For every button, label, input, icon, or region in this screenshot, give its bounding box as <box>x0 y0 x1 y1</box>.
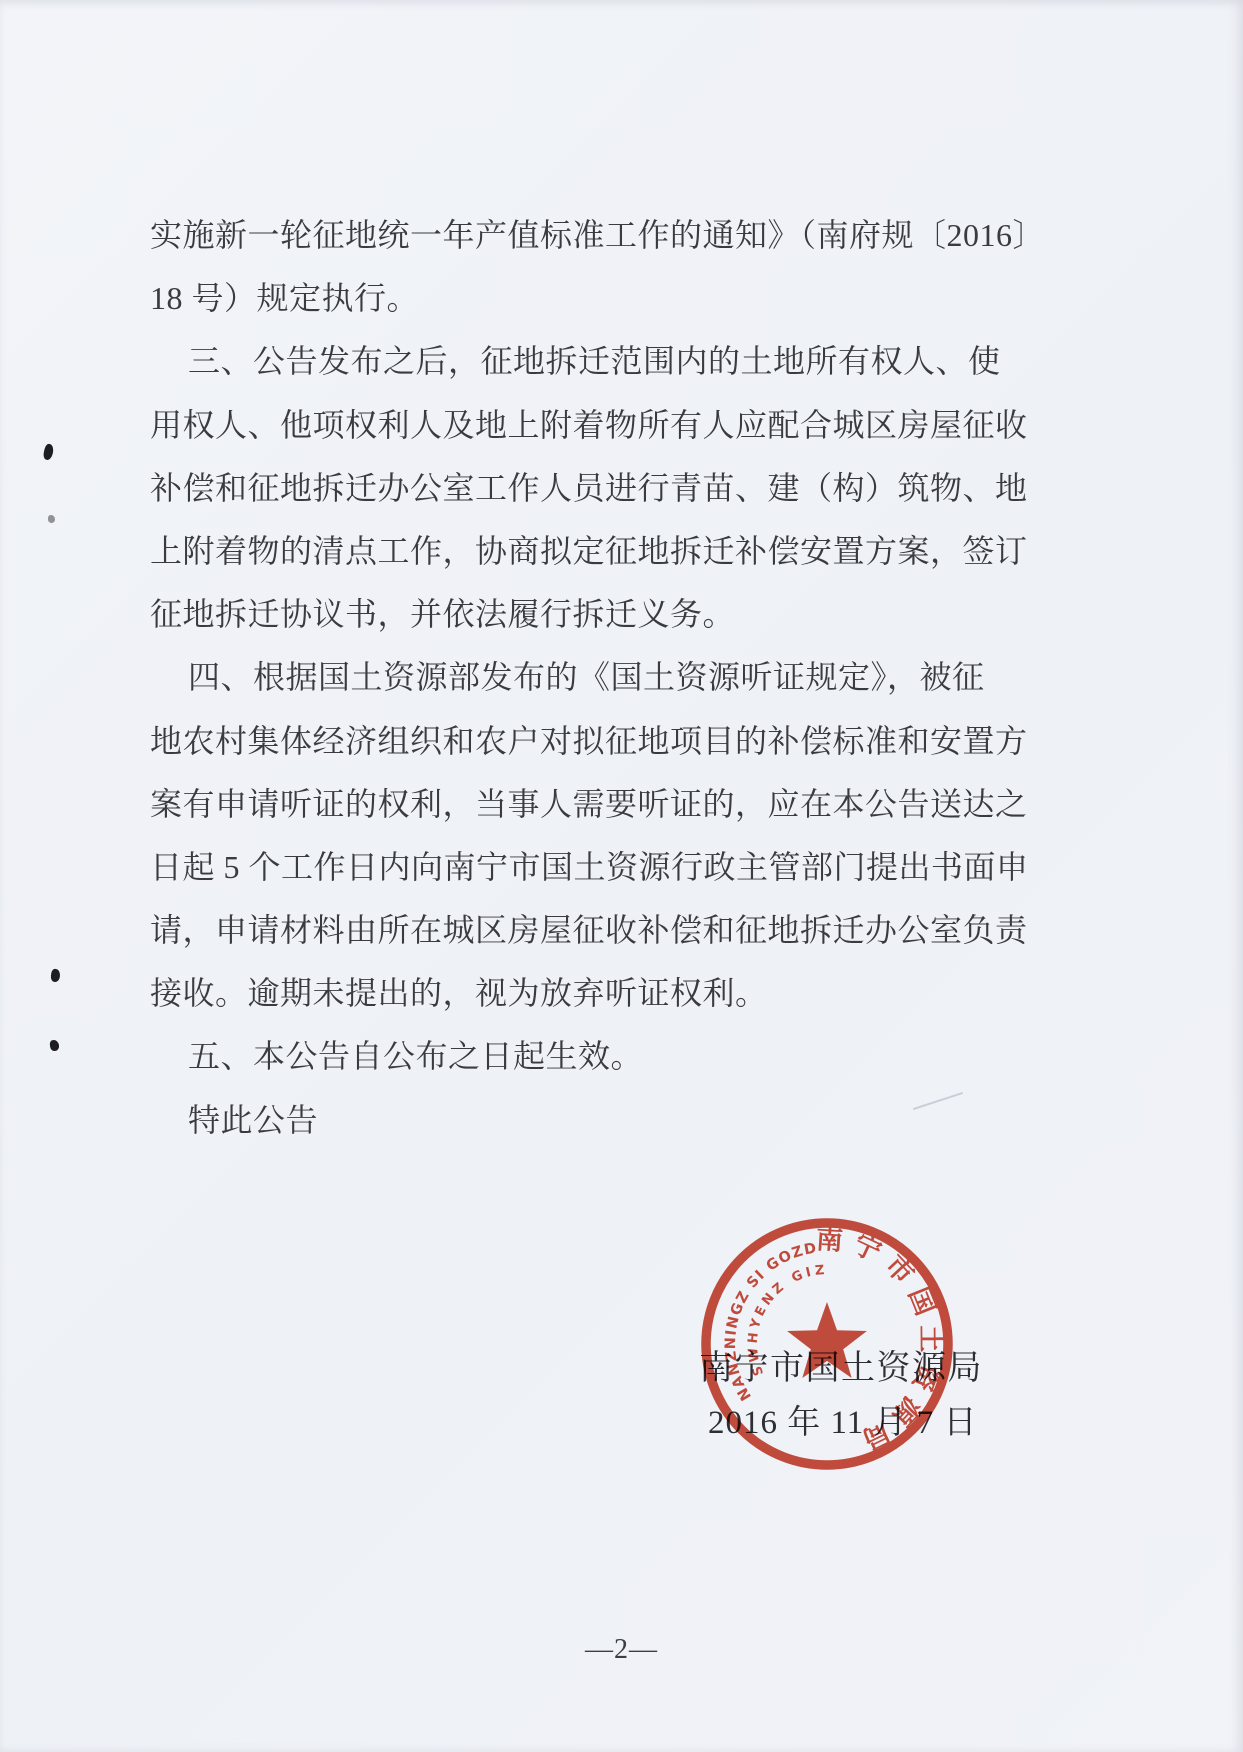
paragraph: 四、根据国土资源部发布的《国土资源听证规定》，被征 地农村集体经济组织和农户对拟… <box>150 646 1068 1025</box>
document-line: 三、公告发布之后，征地拆迁范围内的土地所有权人、使 <box>150 330 1068 393</box>
paragraph: 特此公告 <box>150 1089 1068 1152</box>
paragraph: 三、公告发布之后，征地拆迁范围内的土地所有权人、使 用权人、他项权利人及地上附着… <box>150 330 1068 646</box>
document-line: 用权人、他项权利人及地上附着物所有人应配合城区房屋征收 <box>150 394 1068 457</box>
document-line: 四、根据国土资源部发布的《国土资源听证规定》，被征 <box>150 646 1068 709</box>
paragraph: 实施新一轮征地统一年产值标准工作的通知》（南府规〔2016〕 18 号）规定执行… <box>150 204 1068 330</box>
ink-speck <box>48 515 55 523</box>
document-body: 实施新一轮征地统一年产值标准工作的通知》（南府规〔2016〕 18 号）规定执行… <box>150 204 1068 1152</box>
stamp-star <box>787 1302 867 1378</box>
document-line: 日起 5 个工作日内向南宁市国土资源行政主管部门提出书面申 <box>150 836 1068 899</box>
document-line: 接收。逾期未提出的，视为放弃听证权利。 <box>150 962 1068 1025</box>
document-line: 特此公告 <box>150 1089 1068 1152</box>
document-line: 地农村集体经济组织和农户对拟征地项目的补偿标准和安置方 <box>150 710 1068 773</box>
document-line: 五、本公告自公布之日起生效。 <box>150 1025 1068 1088</box>
document-line: 上附着物的清点工作，协商拟定征地拆迁补偿安置方案，签订 <box>150 520 1068 583</box>
scanned-document-page: 实施新一轮征地统一年产值标准工作的通知》（南府规〔2016〕 18 号）规定执行… <box>0 0 1243 1752</box>
official-seal-stamp: NANZNINGZ SI GOZDUJ 南宁市国土资源局 SWHYENZ GIZ <box>687 1204 967 1484</box>
ink-speck <box>50 968 61 982</box>
document-line: 18 号）规定执行。 <box>150 267 1068 330</box>
document-line: 案有申请听证的权利，当事人需要听证的，应在本公告送达之 <box>150 773 1068 836</box>
ink-speck <box>42 443 55 461</box>
paragraph: 五、本公告自公布之日起生效。 <box>150 1025 1068 1088</box>
document-line: 请，申请材料由所在城区房屋征收补偿和征地拆迁办公室负责 <box>150 899 1068 962</box>
document-line: 征地拆迁协议书，并依法履行拆迁义务。 <box>150 583 1068 646</box>
ink-speck <box>49 1040 59 1052</box>
page-number: —2— <box>0 1634 1243 1666</box>
document-line: 实施新一轮征地统一年产值标准工作的通知》（南府规〔2016〕 <box>150 204 1068 267</box>
document-line: 补偿和征地拆迁办公室工作人员进行青苗、建（构）筑物、地 <box>150 457 1068 520</box>
